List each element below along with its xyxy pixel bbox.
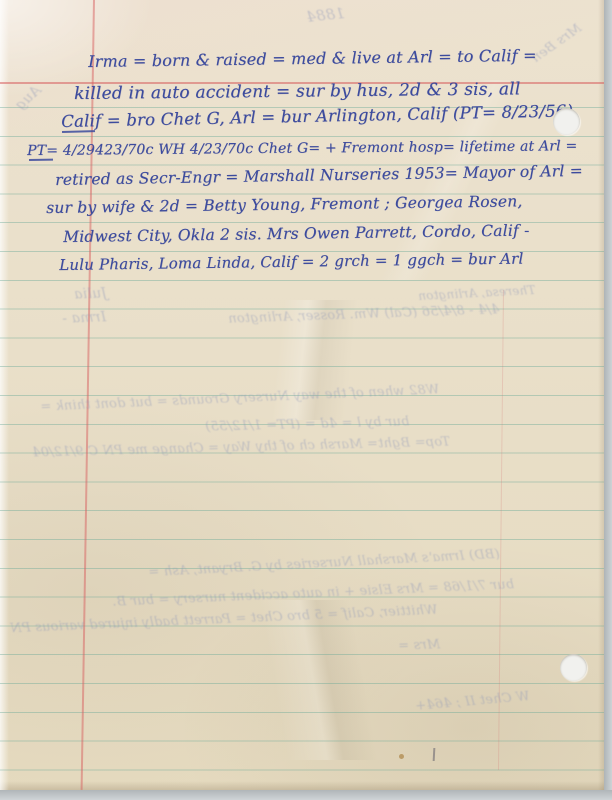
handwriting-line: Irma = born & raised = med & live at Arl… — [88, 46, 537, 71]
hole-punch-top — [553, 108, 580, 135]
paper-sheet: 1884Mrs BenAugJuliaIrma -Theresa, Arling… — [0, 0, 604, 790]
scanned-page: 1884Mrs BenAugJuliaIrma -Theresa, Arling… — [0, 0, 612, 800]
bleedthrough-fragment: Irma - — [62, 309, 107, 327]
paper-stain — [399, 754, 404, 759]
bleedthrough-fragment: 1884 — [305, 4, 346, 26]
bleedthrough-fragment: Julia — [74, 285, 107, 302]
bleedthrough-fragment: Mrs = — [398, 637, 441, 653]
bleedthrough-fragment: Mrs Ben — [529, 21, 585, 66]
hole-punch-bottom — [560, 654, 587, 681]
scanner-background-right — [604, 0, 612, 800]
scanner-background-bottom — [0, 790, 612, 800]
handwriting-line: killed in auto accident = sur by hus, 2d… — [74, 79, 521, 104]
